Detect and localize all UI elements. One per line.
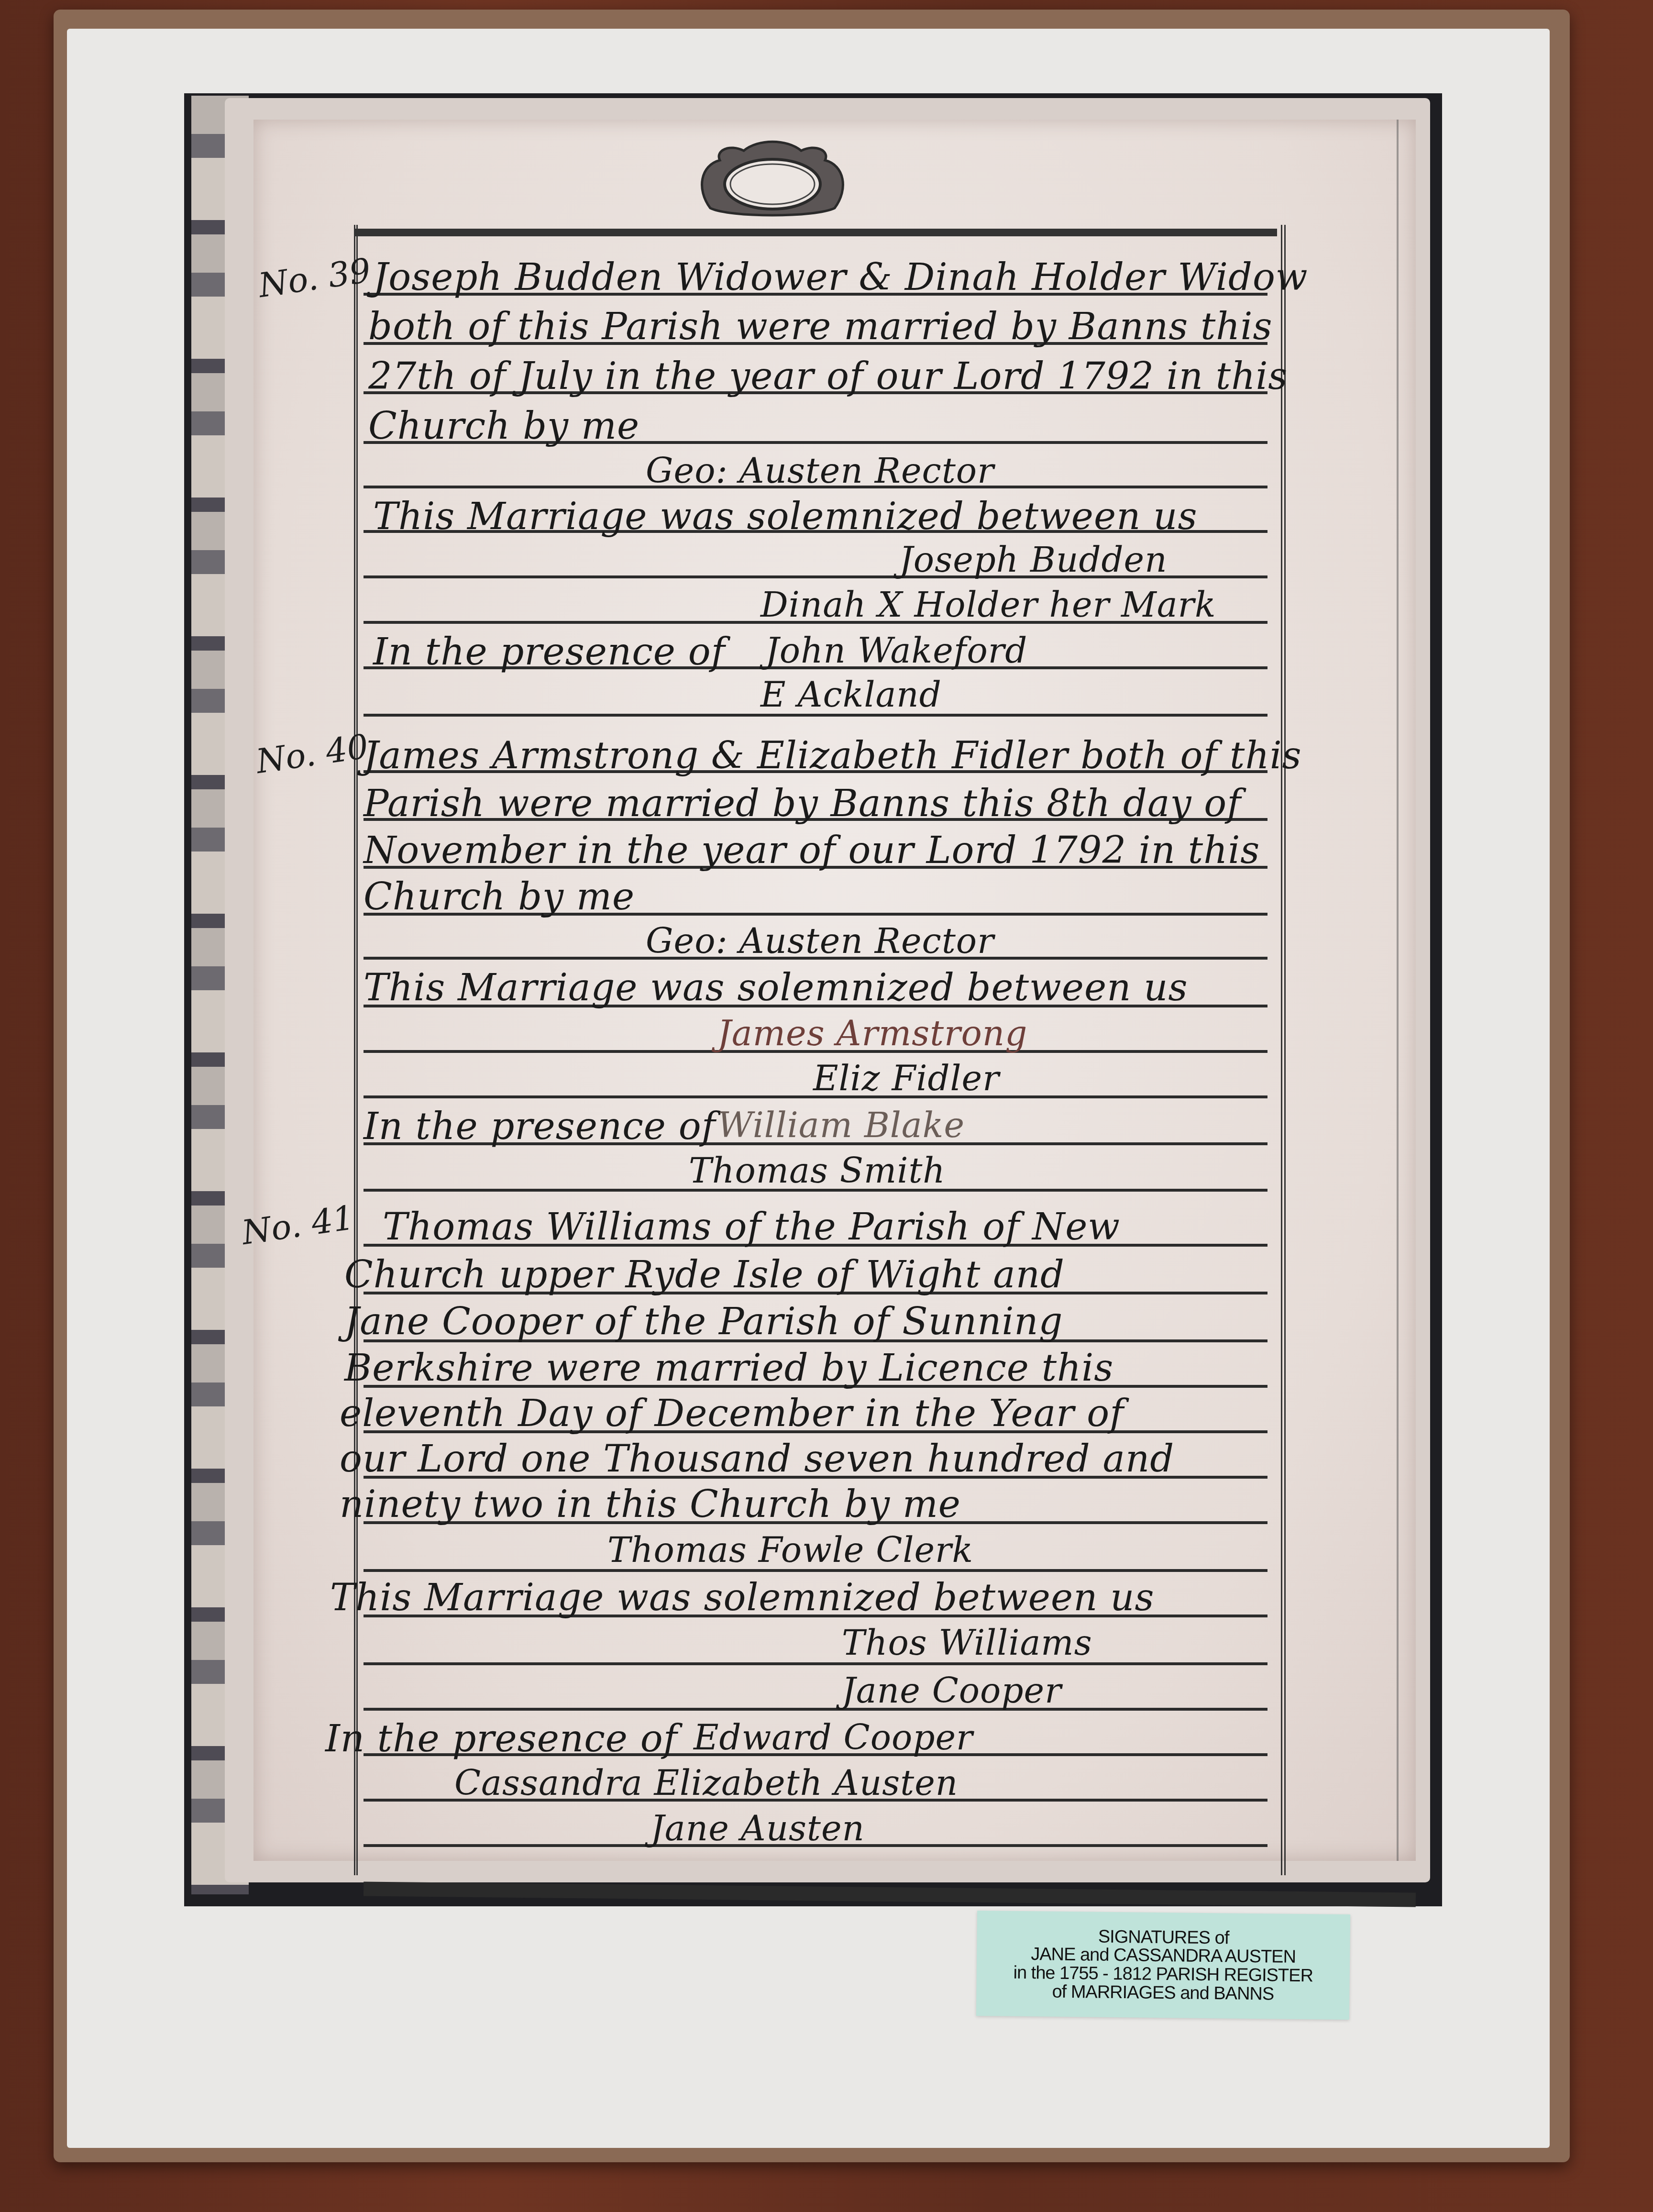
presence-label: In the presence of [325, 1717, 678, 1760]
witness-signature: Thomas Smith [689, 1150, 946, 1191]
register-top-rule [354, 229, 1277, 236]
entry-line: eleventh Day of December in the Year of [340, 1392, 1124, 1435]
entry-line: Church upper Ryde Isle of Wight and [344, 1253, 1065, 1296]
adjacent-page-edge [1397, 120, 1418, 1861]
bride-signature: Eliz Fidler [813, 1058, 1000, 1098]
groom-signature: Thos Williams [842, 1623, 1092, 1663]
entry-line: ninety two in this Church by me [340, 1483, 961, 1526]
officiant-signature: Geo: Austen Rector [646, 921, 994, 961]
presence-label: In the presence of [364, 1105, 716, 1148]
entry-line: November in the year of our Lord 1792 in… [364, 829, 1260, 872]
witness-signature: E Ackland [760, 675, 942, 715]
entry-line: Church by me [364, 875, 635, 918]
entry-line: Parish were married by Banns this 8th da… [364, 782, 1241, 825]
solemnized-line: This Marriage was solemnized between us [373, 495, 1197, 538]
presence-label: In the presence of [373, 630, 726, 674]
bride-signature: Jane Cooper [842, 1670, 1062, 1711]
witness-signature: William Blake [717, 1105, 965, 1145]
entry-line: Jane Cooper of the Parish of Sunning [344, 1300, 1063, 1343]
entry-line: Thomas Williams of the Parish of New [383, 1206, 1120, 1249]
cartouche-ornament-icon [691, 136, 854, 220]
entry-line: 27th of July in the year of our Lord 179… [368, 355, 1288, 398]
groom-signature: Joseph Budden [899, 540, 1168, 580]
caption-line: SIGNATURES of [1098, 1927, 1229, 1947]
officiant-signature: Thomas Fowle Clerk [607, 1530, 973, 1570]
caption-label: SIGNATURES of JANE and CASSANDRA AUSTEN … [976, 1911, 1350, 2020]
witness-signature: Edward Cooper [694, 1717, 973, 1758]
witness-signature-jane-austen: Jane Austen [650, 1808, 865, 1848]
bride-signature: Dinah X Holder her Mark [760, 585, 1216, 625]
witness-signature-cassandra-austen: Cassandra Elizabeth Austen [454, 1763, 958, 1803]
entry-line: our Lord one Thousand seven hundred and [340, 1438, 1174, 1481]
entry-line: James Armstrong & Elizabeth Fidler both … [364, 734, 1302, 777]
ruled-line [364, 1708, 1267, 1711]
groom-signature: James Armstrong [717, 1013, 1027, 1053]
caption-line: of MARRIAGES and BANNS [1052, 1982, 1274, 2003]
entry-line: Berkshire were married by Licence this [344, 1347, 1113, 1390]
solemnized-line: This Marriage was solemnized between us [364, 966, 1188, 1009]
ruled-line [364, 1662, 1267, 1665]
officiant-signature: Geo: Austen Rector [646, 451, 994, 491]
entry-line: both of this Parish were married by Bann… [368, 305, 1273, 348]
entry-line: Joseph Budden Widower & Dinah Holder Wid… [373, 256, 1308, 299]
entry-line: Church by me [368, 405, 639, 448]
solemnized-line: This Marriage was solemnized between us [330, 1576, 1154, 1619]
witness-signature: John Wakeford [765, 630, 1027, 671]
